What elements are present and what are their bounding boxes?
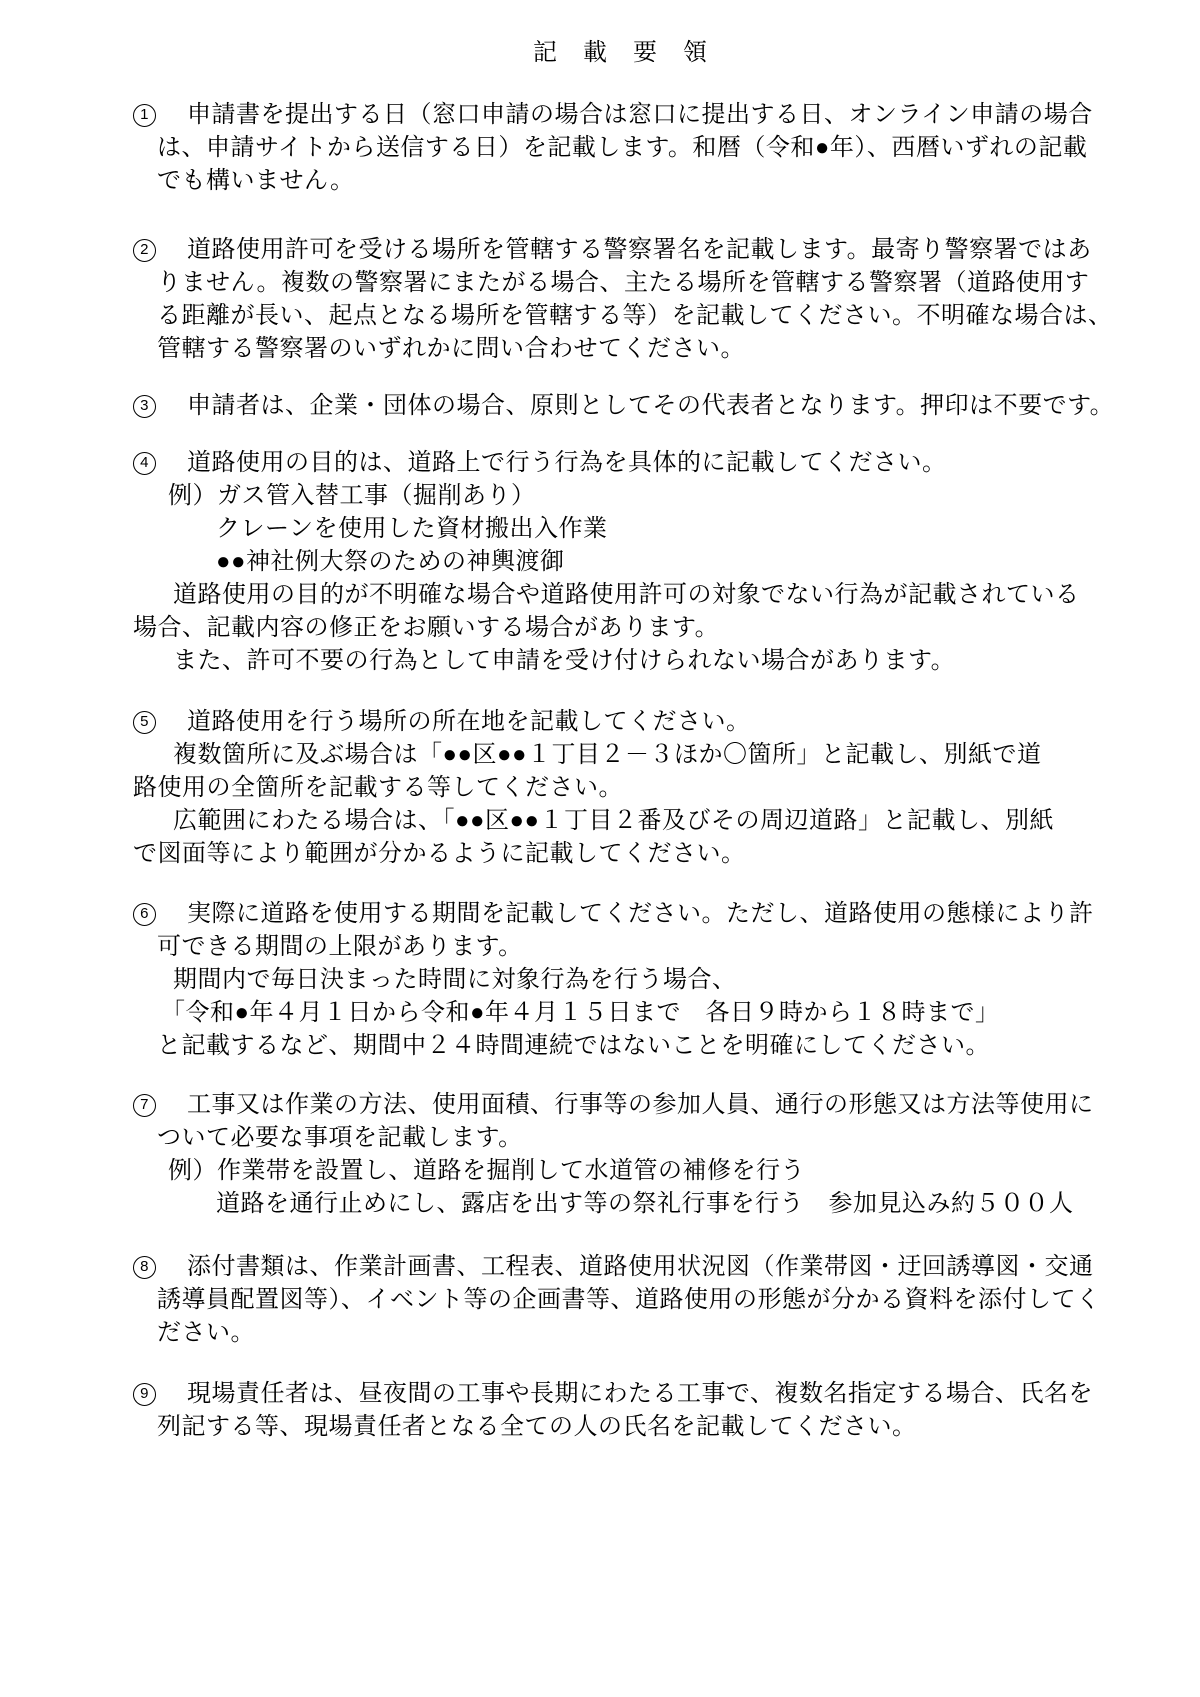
text-line: 5道路使用を行う場所の所在地を記載してください。 — [133, 705, 1108, 738]
text-line: 例）ガス管入替工事（掘削あり） — [168, 479, 1108, 512]
line-text: 申請者は、企業・団体の場合、原則としてその代表者となります。押印は不要です。 — [187, 392, 1114, 419]
instruction-item-2: 2道路使用許可を受ける場所を管轄する警察署名を記載します。最寄り警察署ではあ り… — [133, 233, 1108, 365]
instruction-item-9: 9現場責任者は、昼夜間の工事や長期にわたる工事で、複数名指定する場合、氏名を 列… — [133, 1377, 1108, 1443]
text-line: 場合、記載内容の修正をお願いする場合があります。 — [133, 611, 1108, 644]
text-line: クレーンを使用した資材搬出入作業 — [216, 512, 1108, 545]
line-text: 道路使用の目的は、道路上で行う行為を具体的に記載してください。 — [187, 449, 947, 476]
text-line: 6実際に道路を使用する期間を記載してください。ただし、道路使用の態様により許 — [133, 897, 1108, 930]
line-text: 工事又は作業の方法、使用面積、行事等の参加人員、通行の形態又は方法等使用に — [187, 1091, 1094, 1118]
page-title: 記 載 要 領 — [133, 38, 1108, 68]
item-number-circle: 6 — [133, 897, 187, 930]
text-line: 複数箇所に及ぶ場合は「●●区●●１丁目２－３ほか〇箇所」と記載し、別紙で道 — [173, 738, 1108, 771]
text-line: 道路使用の目的が不明確な場合や道路使用許可の対象でない行為が記載されている — [173, 578, 1108, 611]
text-line: 路使用の全箇所を記載する等してください。 — [133, 771, 1108, 804]
item-number-circle: 3 — [133, 389, 187, 422]
item-number-circle: 9 — [133, 1377, 187, 1410]
item-number-circle: 2 — [133, 233, 187, 266]
document-page: 記 載 要 領 1申請書を提出する日（窓口申請の場合は窓口に提出する日、オンライ… — [0, 0, 1200, 1443]
text-line: で図面等により範囲が分かるように記載してください。 — [133, 837, 1108, 870]
item-number-circle: 4 — [133, 446, 187, 479]
instruction-item-8: 8添付書類は、作業計画書、工程表、道路使用状況図（作業帯図・迂回誘導図・交通 誘… — [133, 1250, 1108, 1349]
text-line: 列記する等、現場責任者となる全ての人の氏名を記載してください。 — [157, 1410, 1108, 1443]
text-line: りません。複数の警察署にまたがる場合、主たる場所を管轄する警察署（道路使用す — [157, 266, 1108, 299]
instruction-item-6: 6実際に道路を使用する期間を記載してください。ただし、道路使用の態様により許 可… — [133, 897, 1108, 1062]
line-text: 添付書類は、作業計画書、工程表、道路使用状況図（作業帯図・迂回誘導図・交通 — [187, 1253, 1094, 1280]
text-line: 管轄する警察署のいずれかに問い合わせてください。 — [157, 332, 1108, 365]
item-number-circle: 1 — [133, 98, 187, 131]
text-line: と記載するなど、期間中２４時間連続ではないことを明確にしてください。 — [157, 1029, 1108, 1062]
instruction-item-5: 5道路使用を行う場所の所在地を記載してください。 複数箇所に及ぶ場合は「●●区●… — [133, 705, 1108, 870]
text-line: 7工事又は作業の方法、使用面積、行事等の参加人員、通行の形態又は方法等使用に — [133, 1088, 1108, 1121]
line-text: 申請書を提出する日（窓口申請の場合は窓口に提出する日、オンライン申請の場合 — [187, 101, 1093, 128]
text-line: 広範囲にわたる場合は、「●●区●●１丁目２番及びその周辺道路」と記載し、別紙 — [173, 804, 1108, 837]
item-number-circle: 5 — [133, 705, 187, 738]
text-line: ついて必要な事項を記載します。 — [157, 1121, 1108, 1154]
text-line: 誘導員配置図等）、イベント等の企画書等、道路使用の形態が分かる資料を添付してく — [157, 1283, 1108, 1316]
text-line: 例）作業帯を設置し、道路を掘削して水道管の補修を行う — [168, 1154, 1108, 1187]
text-line: でも構いません。 — [157, 164, 1108, 197]
instruction-item-3: 3申請者は、企業・団体の場合、原則としてその代表者となります。押印は不要です。 — [133, 389, 1108, 422]
text-line: ●●神社例大祭のための神輿渡御 — [216, 545, 1108, 578]
line-text: 現場責任者は、昼夜間の工事や長期にわたる工事で、複数名指定する場合、氏名を — [187, 1380, 1093, 1407]
instruction-item-4: 4道路使用の目的は、道路上で行う行為を具体的に記載してください。 例）ガス管入替… — [133, 446, 1108, 677]
text-line: また、許可不要の行為として申請を受け付けられない場合があります。 — [173, 644, 1108, 677]
text-line: 3申請者は、企業・団体の場合、原則としてその代表者となります。押印は不要です。 — [133, 389, 1108, 422]
item-number-circle: 8 — [133, 1250, 187, 1283]
text-line: 道路を通行止めにし、露店を出す等の祭礼行事を行う 参加見込み約５００人 — [216, 1187, 1108, 1220]
text-line: 可できる期間の上限があります。 — [157, 930, 1108, 963]
item-number-circle: 7 — [133, 1088, 187, 1121]
text-line: 「令和●年４月１日から令和●年４月１５日まで 各日９時から１８時まで」 — [161, 996, 1108, 1029]
line-text: 道路使用許可を受ける場所を管轄する警察署名を記載します。最寄り警察署ではあ — [187, 236, 1092, 263]
line-text: 実際に道路を使用する期間を記載してください。ただし、道路使用の態様により許 — [187, 900, 1094, 927]
text-line: は、申請サイトから送信する日）を記載します。和暦（令和●年）、西暦いずれの記載 — [157, 131, 1108, 164]
text-line: 2道路使用許可を受ける場所を管轄する警察署名を記載します。最寄り警察署ではあ — [133, 233, 1108, 266]
text-line: る距離が長い、起点となる場所を管轄する等）を記載してください。不明確な場合は、 — [157, 299, 1108, 332]
text-line: 期間内で毎日決まった時間に対象行為を行う場合、 — [173, 963, 1108, 996]
text-line: 8添付書類は、作業計画書、工程表、道路使用状況図（作業帯図・迂回誘導図・交通 — [133, 1250, 1108, 1283]
line-text: 道路使用を行う場所の所在地を記載してください。 — [187, 708, 751, 735]
text-line: 1申請書を提出する日（窓口申請の場合は窓口に提出する日、オンライン申請の場合 — [133, 98, 1108, 131]
text-line: 9現場責任者は、昼夜間の工事や長期にわたる工事で、複数名指定する場合、氏名を — [133, 1377, 1108, 1410]
instruction-item-1: 1申請書を提出する日（窓口申請の場合は窓口に提出する日、オンライン申請の場合 は… — [133, 98, 1108, 197]
text-line: ださい。 — [157, 1316, 1108, 1349]
text-line: 4道路使用の目的は、道路上で行う行為を具体的に記載してください。 — [133, 446, 1108, 479]
instruction-item-7: 7工事又は作業の方法、使用面積、行事等の参加人員、通行の形態又は方法等使用に つ… — [133, 1088, 1108, 1220]
